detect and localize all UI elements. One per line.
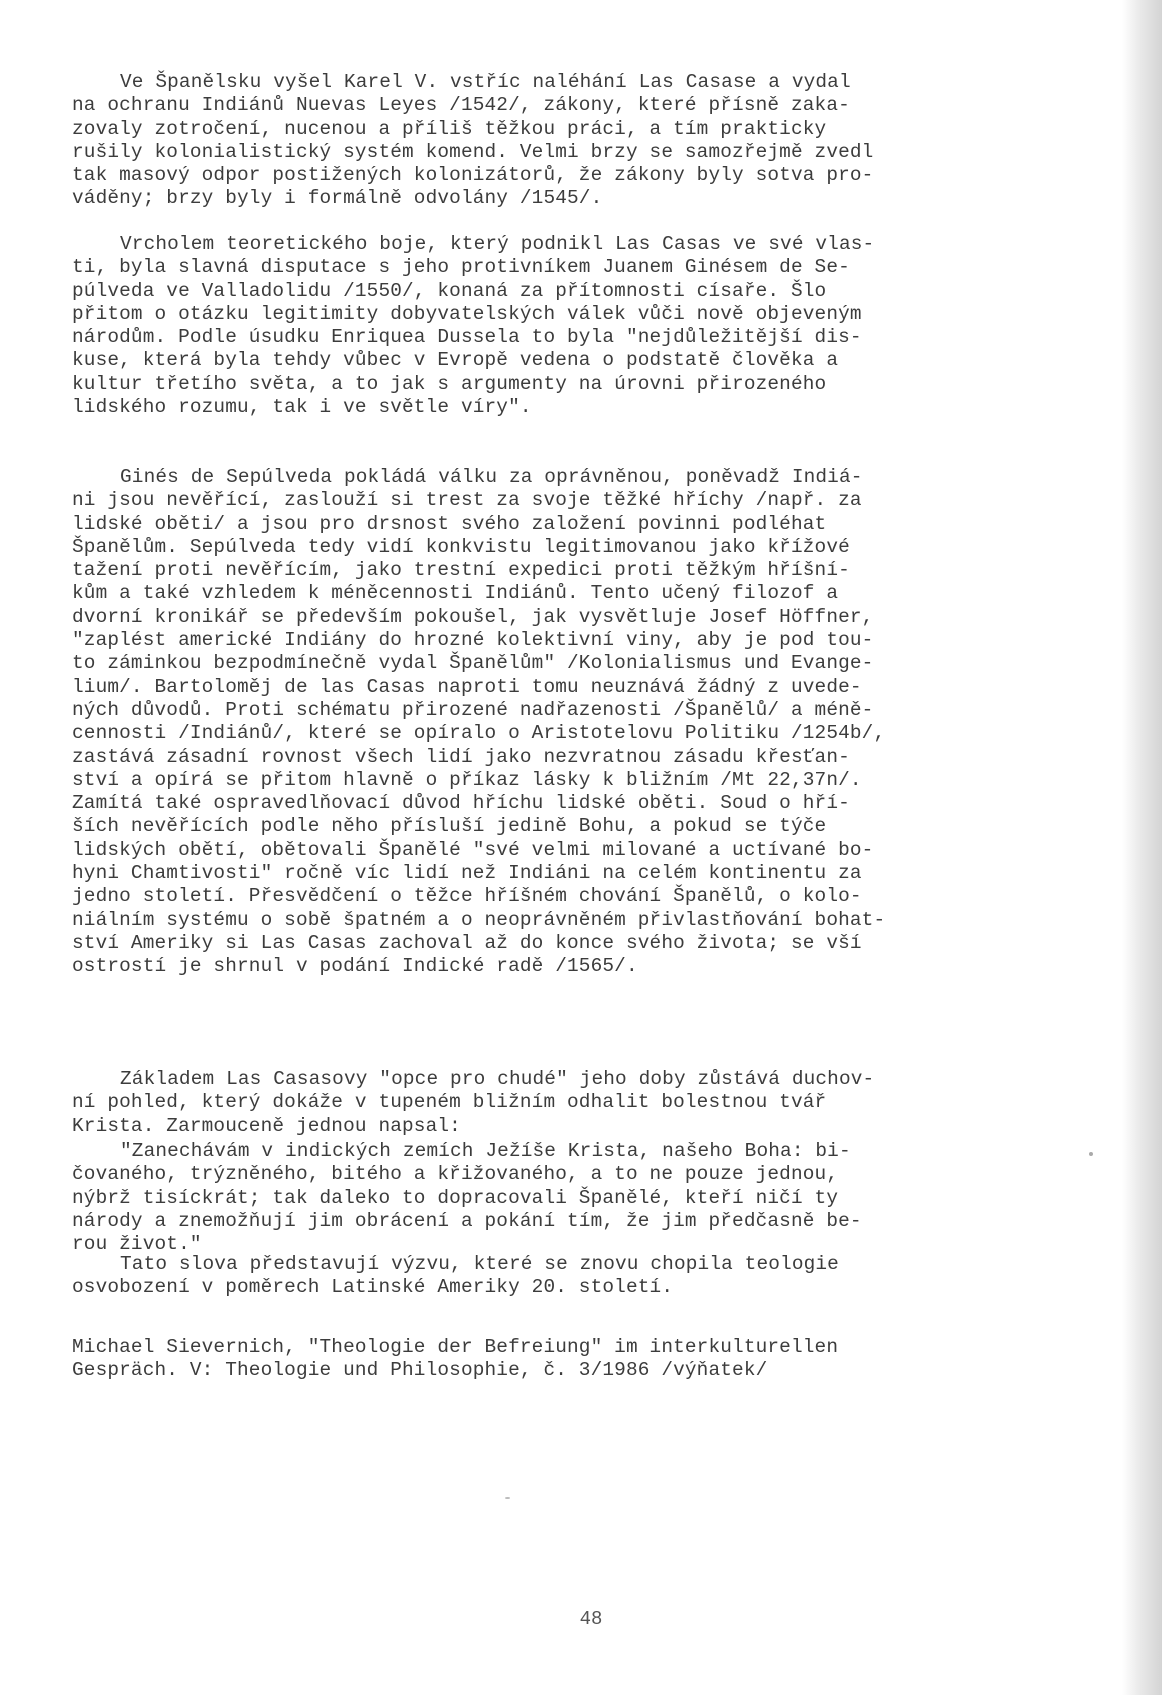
text-line: zovaly zotročení, nucenou a příliš těžko… xyxy=(72,118,1142,141)
text-line: kům a také vzhledem k méněcennosti Indiá… xyxy=(72,582,1142,605)
text-line: Michael Sievernich, "Theologie der Befre… xyxy=(72,1336,1142,1359)
text-line: dvorní kronikář se především pokoušel, j… xyxy=(72,606,1142,629)
text-line: Ve Španělsku vyšel Karel V. vstříc naléh… xyxy=(72,71,1142,94)
text-line: zastává zásadní rovnost všech lidí jako … xyxy=(72,746,1142,769)
page-number: 48 xyxy=(0,1608,1162,1630)
text-line: Krista. Zarmouceně jednou napsal: xyxy=(72,1115,1142,1138)
paragraph-sepulveda-vs-las-casas: Ginés de Sepúlveda pokládá válku za oprá… xyxy=(72,466,1142,979)
paragraph-option-for-poor: Základem Las Casasovy "opce pro chudé" j… xyxy=(72,1068,1142,1138)
text-line: kuse, která byla tehdy vůbec v Evropě ve… xyxy=(72,349,1142,372)
text-line: ných důvodů. Proti schématu přirozené na… xyxy=(72,699,1142,722)
text-line: národy a znemožňují jim obrácení a pokán… xyxy=(72,1210,1142,1233)
text-line: púlveda ve Valladolidu /1550/, konaná za… xyxy=(72,280,1142,303)
scan-speck xyxy=(505,1497,510,1499)
paragraph-nuevas-leyes: Ve Španělsku vyšel Karel V. vstříc naléh… xyxy=(72,71,1142,211)
text-line: ní pohled, který dokáže v tupeném bližní… xyxy=(72,1091,1142,1114)
text-line: kultur třetího světa, a to jak s argumen… xyxy=(72,373,1142,396)
text-line: lium/. Bartoloměj de las Casas naproti t… xyxy=(72,676,1142,699)
text-line: ti, byla slavná disputace s jeho protivn… xyxy=(72,256,1142,279)
text-line: lidské oběti/ a jsou pro drsnost svého z… xyxy=(72,513,1142,536)
text-line: ších nevěřících podle něho přísluší jedi… xyxy=(72,815,1142,838)
text-line: osvobození v poměrech Latinské Ameriky 2… xyxy=(72,1276,1142,1299)
text-line: Zamítá také ospravedlňovací důvod hříchu… xyxy=(72,792,1142,815)
text-line: váděny; brzy byly i formálně odvolány /1… xyxy=(72,187,1142,210)
text-line: rušily kolonialistický systém komend. Ve… xyxy=(72,141,1142,164)
text-line: Španělům. Sepúlveda tedy vidí konkvistu … xyxy=(72,536,1142,559)
text-line: tažení proti nevěřícím, jako trestní exp… xyxy=(72,559,1142,582)
text-line: ství Ameriky si Las Casas zachoval až do… xyxy=(72,932,1142,955)
text-line: "Zanechávám v indických zemích Ježíše Kr… xyxy=(72,1140,1142,1163)
text-line: hyni Chamtivosti" ročně víc lidí než Ind… xyxy=(72,862,1142,885)
scan-speck xyxy=(1089,1152,1093,1156)
text-line: lidského rozumu, tak i ve světle víry". xyxy=(72,396,1142,419)
text-line: přitom o otázku legitimity dobyvatelskýc… xyxy=(72,303,1142,326)
source-citation: Michael Sievernich, "Theologie der Befre… xyxy=(72,1336,1142,1383)
text-line: národům. Podle úsudku Enriquea Dussela t… xyxy=(72,326,1142,349)
text-line: ství a opírá se přitom hlavně o příkaz l… xyxy=(72,769,1142,792)
text-line: na ochranu Indiánů Nuevas Leyes /1542/, … xyxy=(72,94,1142,117)
paragraph-liberation-theology: Tato slova představují výzvu, které se z… xyxy=(72,1253,1142,1300)
text-line: Ginés de Sepúlveda pokládá válku za oprá… xyxy=(72,466,1142,489)
text-line: nýbrž tisíckrát; tak daleko to dopracova… xyxy=(72,1187,1142,1210)
text-line: ostrostí je shrnul v podání Indické radě… xyxy=(72,955,1142,978)
text-line: jedno století. Přesvědčení o těžce hříšn… xyxy=(72,885,1142,908)
text-line: Tato slova představují výzvu, které se z… xyxy=(72,1253,1142,1276)
text-line: cennosti /Indiánů/, které se opíralo o A… xyxy=(72,722,1142,745)
text-line: lidských obětí, obětovali Španělé "své v… xyxy=(72,839,1142,862)
paragraph-valladolid-disputation: Vrcholem teoretického boje, který podnik… xyxy=(72,233,1142,419)
text-line: tak masový odpor postižených kolonizátor… xyxy=(72,164,1142,187)
text-line: niálním systému o sobě špatném a o neopr… xyxy=(72,909,1142,932)
text-line: Vrcholem teoretického boje, který podnik… xyxy=(72,233,1142,256)
text-line: ni jsou nevěřící, zaslouží si trest za s… xyxy=(72,489,1142,512)
text-line: to záminkou bezpodmínečně vydal Španělům… xyxy=(72,652,1142,675)
text-line: Základem Las Casasovy "opce pro chudé" j… xyxy=(72,1068,1142,1091)
paragraph-las-casas-quote: "Zanechávám v indických zemích Ježíše Kr… xyxy=(72,1140,1142,1256)
text-line: čovaného, trýzněného, bitého a křižované… xyxy=(72,1163,1142,1186)
text-line: Gespräch. V: Theologie und Philosophie, … xyxy=(72,1359,1142,1382)
text-line: "zaplést americké Indiány do hrozné kole… xyxy=(72,629,1142,652)
